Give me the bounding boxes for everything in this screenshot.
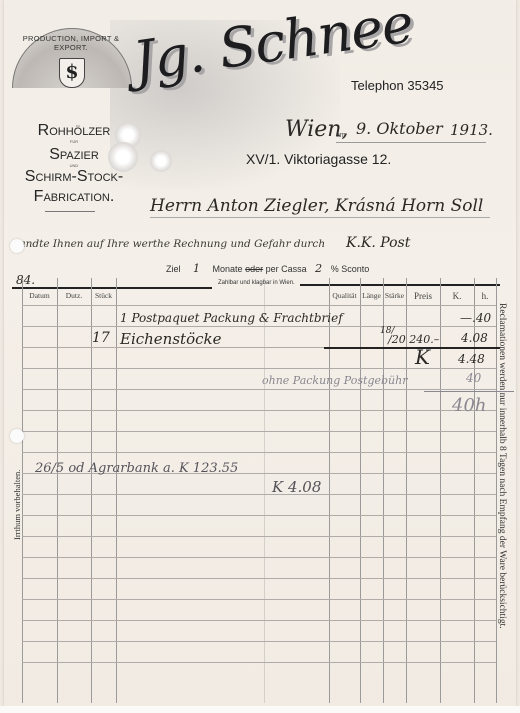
ziel-value: 1 — [193, 262, 200, 275]
percent-value: 2 — [315, 262, 322, 275]
punch-hole — [10, 429, 24, 443]
header-rule-left — [12, 287, 212, 289]
grid-row-line — [22, 389, 496, 390]
date-underline — [336, 142, 486, 143]
invoice-number: 84. — [16, 273, 35, 287]
grid-row-line — [22, 599, 496, 600]
recipient: Herrn Anton Ziegler, Krásná Horn Soll — [150, 196, 483, 216]
monogram-shield-icon: $ — [59, 58, 85, 88]
year: 1913. — [450, 121, 493, 139]
grid-row-line — [22, 326, 496, 327]
sum-rule — [324, 347, 500, 349]
company-line-rohhoelzer: Rohhölzer — [4, 122, 144, 140]
row3-total: 4.48 — [458, 352, 485, 366]
row2-h: 4.08 — [461, 331, 488, 345]
pencil-total: 40h — [452, 395, 487, 416]
sconto-label: % Sconto — [331, 264, 370, 274]
address: XV/1. Viktoriagasse 12. — [246, 151, 391, 167]
row2-stueck: 17 — [92, 330, 110, 346]
company-line-fabrication: Fabrication. — [4, 188, 144, 206]
monate-label: Monate — [213, 264, 243, 274]
grid-row-line — [22, 494, 496, 495]
col-header-datum: Datum — [22, 291, 57, 300]
payment-note: 26/5 od Agrarbank a. K 123.55 — [35, 461, 238, 476]
col-header-qualitaet: Qualität — [329, 291, 360, 300]
date: 9. Oktober — [356, 119, 443, 138]
row2-preis: /20 240.– — [388, 333, 439, 346]
header-rule-right — [300, 284, 500, 286]
row1-description: 1 Postpaquet Packung & Frachtbrief — [120, 311, 343, 325]
grid-row-line — [22, 431, 496, 432]
margin-note-right: Reclamationen werden nur innerhalb 8 Tag… — [497, 303, 507, 629]
payable-note: Zahlbar und klagbar in Wien. — [218, 280, 295, 286]
col-header-staerke: Stärke — [383, 291, 406, 300]
scan-margin — [0, 706, 520, 713]
am-label: am — [336, 132, 346, 139]
row3-currency: K — [415, 345, 430, 369]
row1-h: —.40 — [460, 311, 491, 325]
grid-line — [440, 278, 441, 703]
col-header-k: K. — [440, 291, 474, 301]
grid-line — [360, 278, 361, 703]
flower-ornament-icon — [150, 150, 172, 172]
col-header-stueck: Stück — [91, 291, 116, 300]
grid-row-line — [22, 662, 496, 663]
company-emblem: PRODUCTION, IMPORT & EXPORT. $ — [12, 28, 130, 108]
row2-description: Eichenstöcke — [120, 330, 221, 348]
punch-hole — [10, 239, 24, 253]
oder-label: oder — [245, 264, 263, 274]
pencil-note: ohne Packung Postgebühr — [262, 374, 407, 387]
ziel-label: Ziel — [166, 264, 181, 274]
grid-line — [383, 278, 384, 703]
grid-line — [116, 278, 117, 703]
grid-row-line — [22, 536, 496, 537]
company-line-spazier: Spazier — [4, 146, 144, 164]
grid-line — [329, 278, 330, 703]
recipient-underline — [150, 217, 490, 218]
margin-note-left: Irrthum vorbehalten. — [12, 470, 22, 540]
grid-row-line — [22, 452, 496, 453]
col-header-preis: Preis — [406, 291, 440, 301]
col-header-laenge: Länge — [360, 291, 383, 300]
grid-row-line — [22, 620, 496, 621]
grid-row-line — [22, 410, 496, 411]
grid-row-line — [22, 557, 496, 558]
payment-terms: Ziel 1 Monate oder per Cassa 2 % Sconto — [166, 262, 369, 275]
grid-row-line — [22, 578, 496, 579]
payment-amount: K 4.08 — [272, 478, 321, 496]
pencil-amount: 40 — [466, 371, 481, 385]
ornament-divider — [45, 211, 95, 212]
grid-row-line — [22, 515, 496, 516]
grid-row-line — [22, 305, 496, 306]
grid-line — [264, 278, 265, 703]
grid-line — [22, 278, 23, 703]
telephone: Telephon 35345 — [351, 78, 444, 93]
per-cassa-label: per Cassa — [266, 264, 307, 274]
col-header-h: h. — [474, 291, 496, 301]
grid-row-line — [22, 641, 496, 642]
emblem-text: PRODUCTION, IMPORT & EXPORT. — [12, 34, 130, 52]
grid-line — [57, 278, 58, 703]
company-line-schirm-stock: Schirm-Stock- — [4, 168, 144, 186]
connector-fuer: für — [4, 139, 144, 145]
shipping-carrier: K.K. Post — [346, 235, 410, 251]
col-header-dutz: Dutz. — [57, 291, 91, 300]
shipping-text: sandte Ihnen auf Ihre werthe Rechnung un… — [14, 238, 325, 250]
